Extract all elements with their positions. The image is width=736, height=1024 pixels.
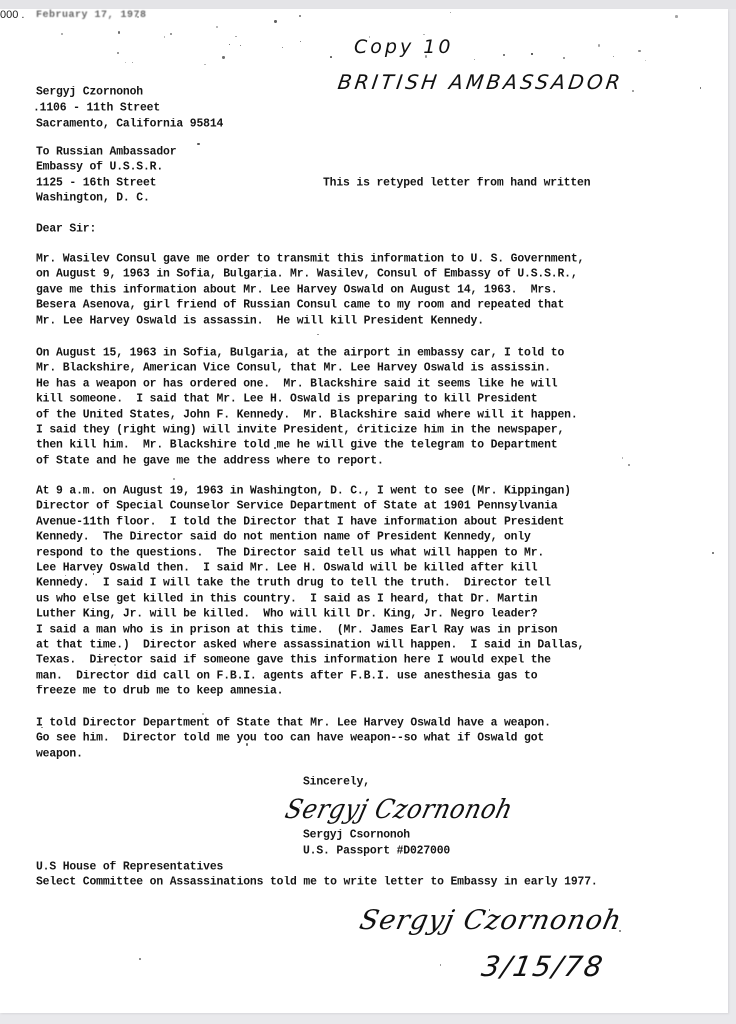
scan-speck xyxy=(137,16,138,17)
body-line: Mr. Blackshire, American Vice Consul, th… xyxy=(36,361,551,378)
scan-speck xyxy=(675,15,678,18)
body-line: us who else get killed in this country. … xyxy=(36,592,537,609)
body-line: gave me this information about Mr. Lee H… xyxy=(36,283,557,300)
scan-speck xyxy=(101,658,102,659)
recipient-line-4: Washington, D. C. xyxy=(36,191,150,208)
scan-speck xyxy=(360,424,362,426)
scan-speck xyxy=(369,36,371,38)
scan-speck xyxy=(170,33,172,35)
body-line: He has a weapon or has ordered one. Mr. … xyxy=(36,377,557,394)
bottom-handwritten-date: 3/15/78 xyxy=(479,950,607,983)
body-line: kill someone. I said that Mr. Lee H. Osw… xyxy=(36,392,537,409)
scan-speck xyxy=(318,458,319,459)
footer-line-2: Select Committee on Assassinations told … xyxy=(36,875,598,892)
scan-speck xyxy=(613,56,614,57)
scan-speck xyxy=(274,20,276,22)
closing: Sincerely, xyxy=(303,775,370,792)
body-line: Mr. Lee Harvey Oswald is assassin. He wi… xyxy=(36,314,484,331)
body-line: man. Director did call on F.B.I. agents … xyxy=(36,669,537,686)
handwritten-copy-number: Copy 10 xyxy=(354,36,453,58)
scan-speck xyxy=(598,44,600,46)
signer-passport: U.S. Passport #D027000 xyxy=(303,844,450,861)
scan-speck xyxy=(202,713,204,715)
scan-speck xyxy=(197,143,199,145)
body-line: Director of Special Counselor Service De… xyxy=(36,499,557,516)
handwritten-recipient-note: BRITISH AMBASSADOR xyxy=(336,70,624,94)
sender-name: Sergyj Czornonoh xyxy=(36,85,143,102)
bottom-handwritten-signature: Sergyj Czornonoh xyxy=(357,905,625,936)
scan-speck xyxy=(381,534,383,536)
body-line: Besera Asenova, girl friend of Russian C… xyxy=(36,298,564,315)
body-line: on August 9, 1963 in Sofia, Bulgaria. Mr… xyxy=(36,267,578,284)
scan-speck xyxy=(299,15,301,17)
sender-street: .1106 - 11th Street xyxy=(33,101,160,118)
sender-city: Sacramento, California 95814 xyxy=(36,117,223,134)
scan-speck xyxy=(65,575,66,576)
body-line: Avenue-11th floor. I told the Director t… xyxy=(36,515,564,532)
scan-speck xyxy=(440,964,442,966)
recipient-line-2: Embassy of U.S.S.R. xyxy=(36,160,163,177)
scan-speck xyxy=(274,447,276,449)
handwritten-signature: Sergyj Czornonoh xyxy=(282,794,516,825)
body-line: Kennedy. I said I will take the truth dr… xyxy=(36,576,551,593)
retyped-note: This is retyped letter from hand written xyxy=(323,176,590,193)
scan-speck xyxy=(41,727,43,729)
body-line: then kill him. Mr. Blackshire told me he… xyxy=(36,438,557,455)
scan-speck xyxy=(299,807,300,808)
body-line: freeze me to drub me to keep amnesia. xyxy=(36,684,283,701)
body-line: Luther King, Jr. will be killed. Who wil… xyxy=(36,607,537,624)
body-line: Texas. Director said if someone gave thi… xyxy=(36,653,551,670)
body-line: Kennedy. The Director said do not mentio… xyxy=(36,530,531,547)
body-line: respond to the questions. The Director s… xyxy=(36,546,544,563)
scan-speck xyxy=(531,53,532,54)
body-line: weapon. xyxy=(36,747,83,764)
scan-speck xyxy=(425,55,428,58)
scan-speck xyxy=(125,62,126,63)
body-line: I said a man who is in prison at this ti… xyxy=(36,623,557,640)
scan-speck xyxy=(216,26,218,28)
scan-speck xyxy=(173,478,175,480)
scan-speck xyxy=(628,464,630,466)
scan-speck xyxy=(87,567,88,568)
body-line: Go see him. Director told me you too can… xyxy=(36,731,544,748)
signer-name: Sergyj Csornonoh xyxy=(303,828,410,845)
scan-speck xyxy=(638,50,641,53)
scan-speck xyxy=(164,36,166,38)
edge-label: 000 . xyxy=(0,9,24,21)
scan-speck xyxy=(246,743,248,745)
scan-speck xyxy=(139,958,141,960)
body-line: of State and he gave me the address wher… xyxy=(36,454,384,471)
scan-speck xyxy=(712,552,714,554)
faded-date-line: February 17, 1978 xyxy=(36,10,147,21)
salutation: Dear Sir: xyxy=(36,222,96,239)
viewer-top-bar xyxy=(0,0,736,9)
scan-speck xyxy=(222,56,224,58)
body-line: of the United States, John F. Kennedy. M… xyxy=(36,408,578,425)
